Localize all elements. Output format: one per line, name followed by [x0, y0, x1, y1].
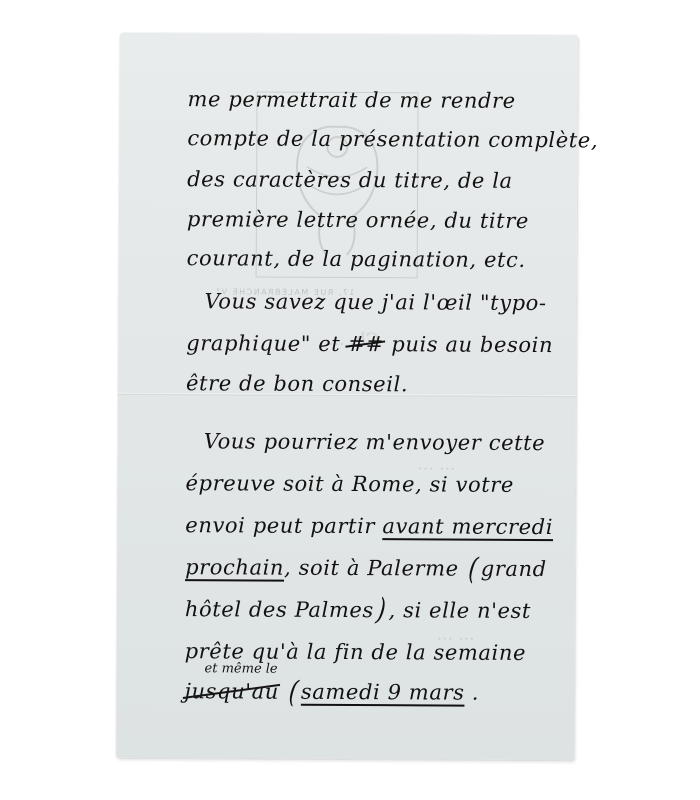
end-punctuation: .	[472, 681, 479, 705]
text-segment: hôtel des Palmes	[185, 597, 374, 622]
underlined-phrase: avant mercredi	[382, 514, 553, 539]
interlinear-insertion: et même le	[205, 661, 278, 676]
paren-open: (	[287, 675, 300, 709]
handwritten-line: Vous pourriez m'envoyer cette	[204, 431, 584, 454]
underlined-phrase: prochain	[185, 555, 284, 580]
handwritten-line: être de bon conseil.	[186, 373, 566, 396]
handwritten-line: compte de la présentation complète,	[187, 128, 567, 151]
handwritten-line: première lettre ornée, du titre	[187, 209, 567, 232]
handwritten-line: me permettrait de me rendre	[187, 89, 567, 112]
paren-close: )	[375, 594, 388, 628]
text-segment: puis au besoin	[384, 332, 553, 357]
struck-out-word: jusqu'au	[184, 681, 279, 702]
struck-out-mark: ##	[348, 334, 385, 355]
handwritten-line: envoi peut partir avant mercredi	[185, 515, 565, 538]
handwritten-line: des caractères du titre, de la	[187, 169, 567, 192]
handwritten-line: courant, de la pagination, etc.	[187, 248, 567, 271]
text-segment: graphique" et	[186, 331, 347, 356]
handwritten-line: jusqu'au (samedi 9 mars .	[184, 681, 564, 704]
text-segment: grand	[481, 557, 547, 581]
handwritten-line: Vous savez que j'ai l'œil "typo-	[204, 291, 584, 314]
underlined-phrase: samedi 9 mars	[301, 680, 465, 705]
text-segment: envoi peut partir	[185, 513, 382, 538]
paren-open: (	[467, 552, 480, 586]
handwritten-line: épreuve soit à Rome, si votre	[185, 473, 565, 496]
text-segment: , si elle n'est	[389, 598, 532, 623]
text-segment: , soit à Palerme	[284, 556, 466, 581]
handwritten-line: hôtel des Palmes), si elle n'est	[185, 599, 565, 622]
handwritten-line: graphique" et ## puis au besoin	[186, 333, 566, 356]
handwritten-line: prochain, soit à Palerme (grand	[185, 557, 565, 580]
letter-page: 17, RUE MALEBRANCHE V° Ch. ... ... ... .…	[116, 33, 578, 760]
